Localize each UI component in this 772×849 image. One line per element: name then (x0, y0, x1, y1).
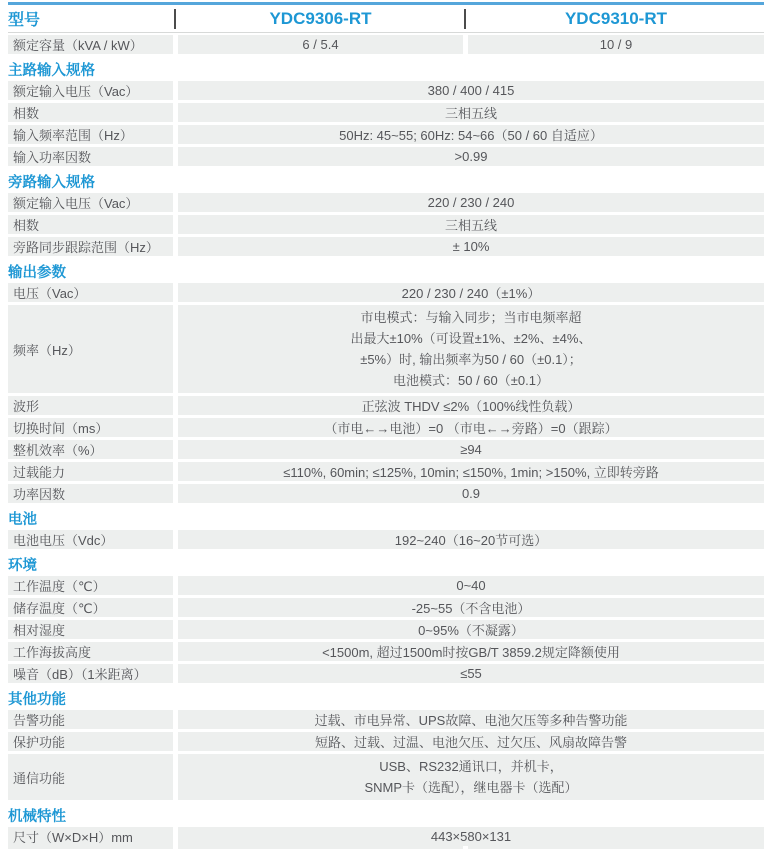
row-value: ≥94 (178, 440, 764, 459)
row-value: 过载、市电异常、UPS故障、电池欠压等多种告警功能 (178, 710, 764, 729)
section-title-output: 输出参数 (8, 259, 764, 283)
row-operating-temperature: 工作温度（℃） 0~40 (8, 576, 764, 595)
row-value: 三相五线 (178, 103, 764, 122)
row-value: 220 / 230 / 240（±1%） (178, 283, 764, 302)
row-label: 频率（Hz） (8, 305, 173, 393)
frequency-line-2: 出最大±10%（可设置±1%、±2%、±4%、 (351, 328, 592, 349)
row-storage-temperature: 储存温度（℃） -25~55（不含电池） (8, 598, 764, 617)
row-value-model-b: 10 / 9 (468, 35, 764, 54)
row-alarm-function: 告警功能 过载、市电异常、UPS故障、电池欠压等多种告警功能 (8, 710, 764, 729)
row-label: 整机效率（%） (8, 440, 173, 459)
row-operating-altitude: 工作海拔高度 <1500m, 超过1500m时按GB/T 3859.2规定降额使… (8, 642, 764, 661)
row-input-frequency-range: 输入频率范围（Hz） 50Hz: 45~55; 60Hz: 54~66（50 /… (8, 125, 764, 144)
row-value: ≤55 (178, 664, 764, 683)
frequency-line-4: 电池模式：50 / 60（±0.1） (393, 370, 549, 391)
row-noise: 噪音（dB）（1米距离） ≤55 (8, 664, 764, 683)
row-rated-capacity: 额定容量（kVA / kW） 6 / 5.4 10 / 9 (8, 35, 764, 54)
row-value: 380 / 400 / 415 (178, 81, 764, 100)
row-label: 通信功能 (8, 754, 173, 800)
row-bypass-sync-range: 旁路同步跟踪范围（Hz） ± 10% (8, 237, 764, 256)
row-value: >0.99 (178, 147, 764, 166)
row-label: 输入功率因数 (8, 147, 173, 166)
row-value: ≤110%, 60min; ≤125%, 10min; ≤150%, 1min;… (178, 462, 764, 481)
section-title-environment: 环境 (8, 552, 764, 576)
model-header-row: 型号 YDC9306-RT YDC9310-RT (8, 5, 764, 32)
row-value: 0~40 (178, 576, 764, 595)
row-value: ± 10% (178, 237, 764, 256)
row-label: 切换时间（ms） (8, 418, 173, 437)
row-output-frequency: 频率（Hz） 市电模式：与输入同步；当市电频率超 出最大±10%（可设置±1%、… (8, 305, 764, 393)
row-label: 告警功能 (8, 710, 173, 729)
row-label: 保护功能 (8, 732, 173, 751)
row-output-voltage: 电压（Vac） 220 / 230 / 240（±1%） (8, 283, 764, 302)
row-label: 额定容量（kVA / kW） (8, 35, 173, 54)
section-title-battery: 电池 (8, 506, 764, 530)
row-efficiency: 整机效率（%） ≥94 (8, 440, 764, 459)
row-communication-function: 通信功能 USB、RS232通讯口，并机卡， SNMP卡（选配），继电器卡（选配… (8, 754, 764, 800)
row-value: （市电←→电池）=0 （市电←→旁路）=0（跟踪） (178, 418, 764, 437)
row-relative-humidity: 相对湿度 0~95%（不凝露） (8, 620, 764, 639)
communication-line-1: USB、RS232通讯口，并机卡， (379, 756, 562, 777)
row-label: 输入频率范围（Hz） (8, 125, 173, 144)
row-value: 短路、过载、过温、电池欠压、过欠压、风扇故障告警 (178, 732, 764, 751)
row-value: 220 / 230 / 240 (178, 193, 764, 212)
row-label: 噪音（dB）（1米距离） (8, 664, 173, 683)
row-waveform: 波形 正弦波 THDV ≤2%（100%线性负载） (8, 396, 764, 415)
row-overload-capacity: 过载能力 ≤110%, 60min; ≤125%, 10min; ≤150%, … (8, 462, 764, 481)
row-value: 0~95%（不凝露） (178, 620, 764, 639)
row-label: 相数 (8, 215, 173, 234)
row-label: 额定输入电压（Vac） (8, 81, 173, 100)
row-value: 三相五线 (178, 215, 764, 234)
row-value: 正弦波 THDV ≤2%（100%线性负载） (178, 396, 764, 415)
row-protection-function: 保护功能 短路、过载、过温、电池欠压、过欠压、风扇故障告警 (8, 732, 764, 751)
row-label: 功率因数 (8, 484, 173, 503)
row-value-model-a: 6 / 5.4 (178, 35, 463, 54)
row-label: 相数 (8, 103, 173, 122)
model-header-label: 型号 (8, 7, 173, 30)
communication-line-2: SNMP卡（选配），继电器卡（选配） (364, 777, 577, 798)
row-label: 额定输入电压（Vac） (8, 193, 173, 212)
row-label: 电池电压（Vdc） (8, 530, 173, 549)
row-battery-voltage: 电池电压（Vdc） 192~240（16~20节可选） (8, 530, 764, 549)
row-value: 443×580×131 (178, 827, 764, 846)
row-value: <1500m, 超过1500m时按GB/T 3859.2规定降额使用 (178, 642, 764, 661)
section-title-bypass-input: 旁路输入规格 (8, 169, 764, 193)
row-bypass-phases: 相数 三相五线 (8, 215, 764, 234)
row-value: 市电模式：与输入同步；当市电频率超 出最大±10%（可设置±1%、±2%、±4%… (178, 305, 764, 393)
frequency-line-1: 市电模式：与输入同步；当市电频率超 (360, 307, 581, 328)
row-input-power-factor: 输入功率因数 >0.99 (8, 147, 764, 166)
row-value: -25~55（不含电池） (178, 598, 764, 617)
row-rated-input-voltage: 额定输入电压（Vac） 380 / 400 / 415 (8, 81, 764, 100)
row-value: USB、RS232通讯口，并机卡， SNMP卡（选配），继电器卡（选配） (178, 754, 764, 800)
model-name-a: YDC9306-RT (178, 9, 463, 29)
row-transfer-time: 切换时间（ms） （市电←→电池）=0 （市电←→旁路）=0（跟踪） (8, 418, 764, 437)
row-label: 过载能力 (8, 462, 173, 481)
row-output-power-factor: 功率因数 0.9 (8, 484, 764, 503)
section-title-main-input: 主路输入规格 (8, 57, 764, 81)
row-value: 0.9 (178, 484, 764, 503)
frequency-line-3: ±5%）时, 输出频率为50 / 60（±0.1）； (360, 349, 582, 370)
section-title-other-functions: 其他功能 (8, 686, 764, 710)
spec-sheet-page: 型号 YDC9306-RT YDC9310-RT 额定容量（kVA / kW） … (0, 0, 772, 849)
row-label: 波形 (8, 396, 173, 415)
row-label: 工作温度（℃） (8, 576, 173, 595)
row-label: 储存温度（℃） (8, 598, 173, 617)
row-bypass-rated-voltage: 额定输入电压（Vac） 220 / 230 / 240 (8, 193, 764, 212)
row-dimensions: 尺寸（W×D×H）mm 443×580×131 (8, 827, 764, 846)
row-value: 192~240（16~20节可选） (178, 530, 764, 549)
row-label: 尺寸（W×D×H）mm (8, 827, 173, 846)
model-name-b: YDC9310-RT (468, 9, 764, 29)
section-title-mechanical: 机械特性 (8, 803, 764, 827)
row-input-phases: 相数 三相五线 (8, 103, 764, 122)
row-value: 50Hz: 45~55; 60Hz: 54~66（50 / 60 自适应） (178, 125, 764, 144)
row-label: 工作海拔高度 (8, 642, 173, 661)
row-label: 相对湿度 (8, 620, 173, 639)
row-label: 电压（Vac） (8, 283, 173, 302)
header-divider-line (8, 32, 764, 33)
row-label: 旁路同步跟踪范围（Hz） (8, 237, 173, 256)
